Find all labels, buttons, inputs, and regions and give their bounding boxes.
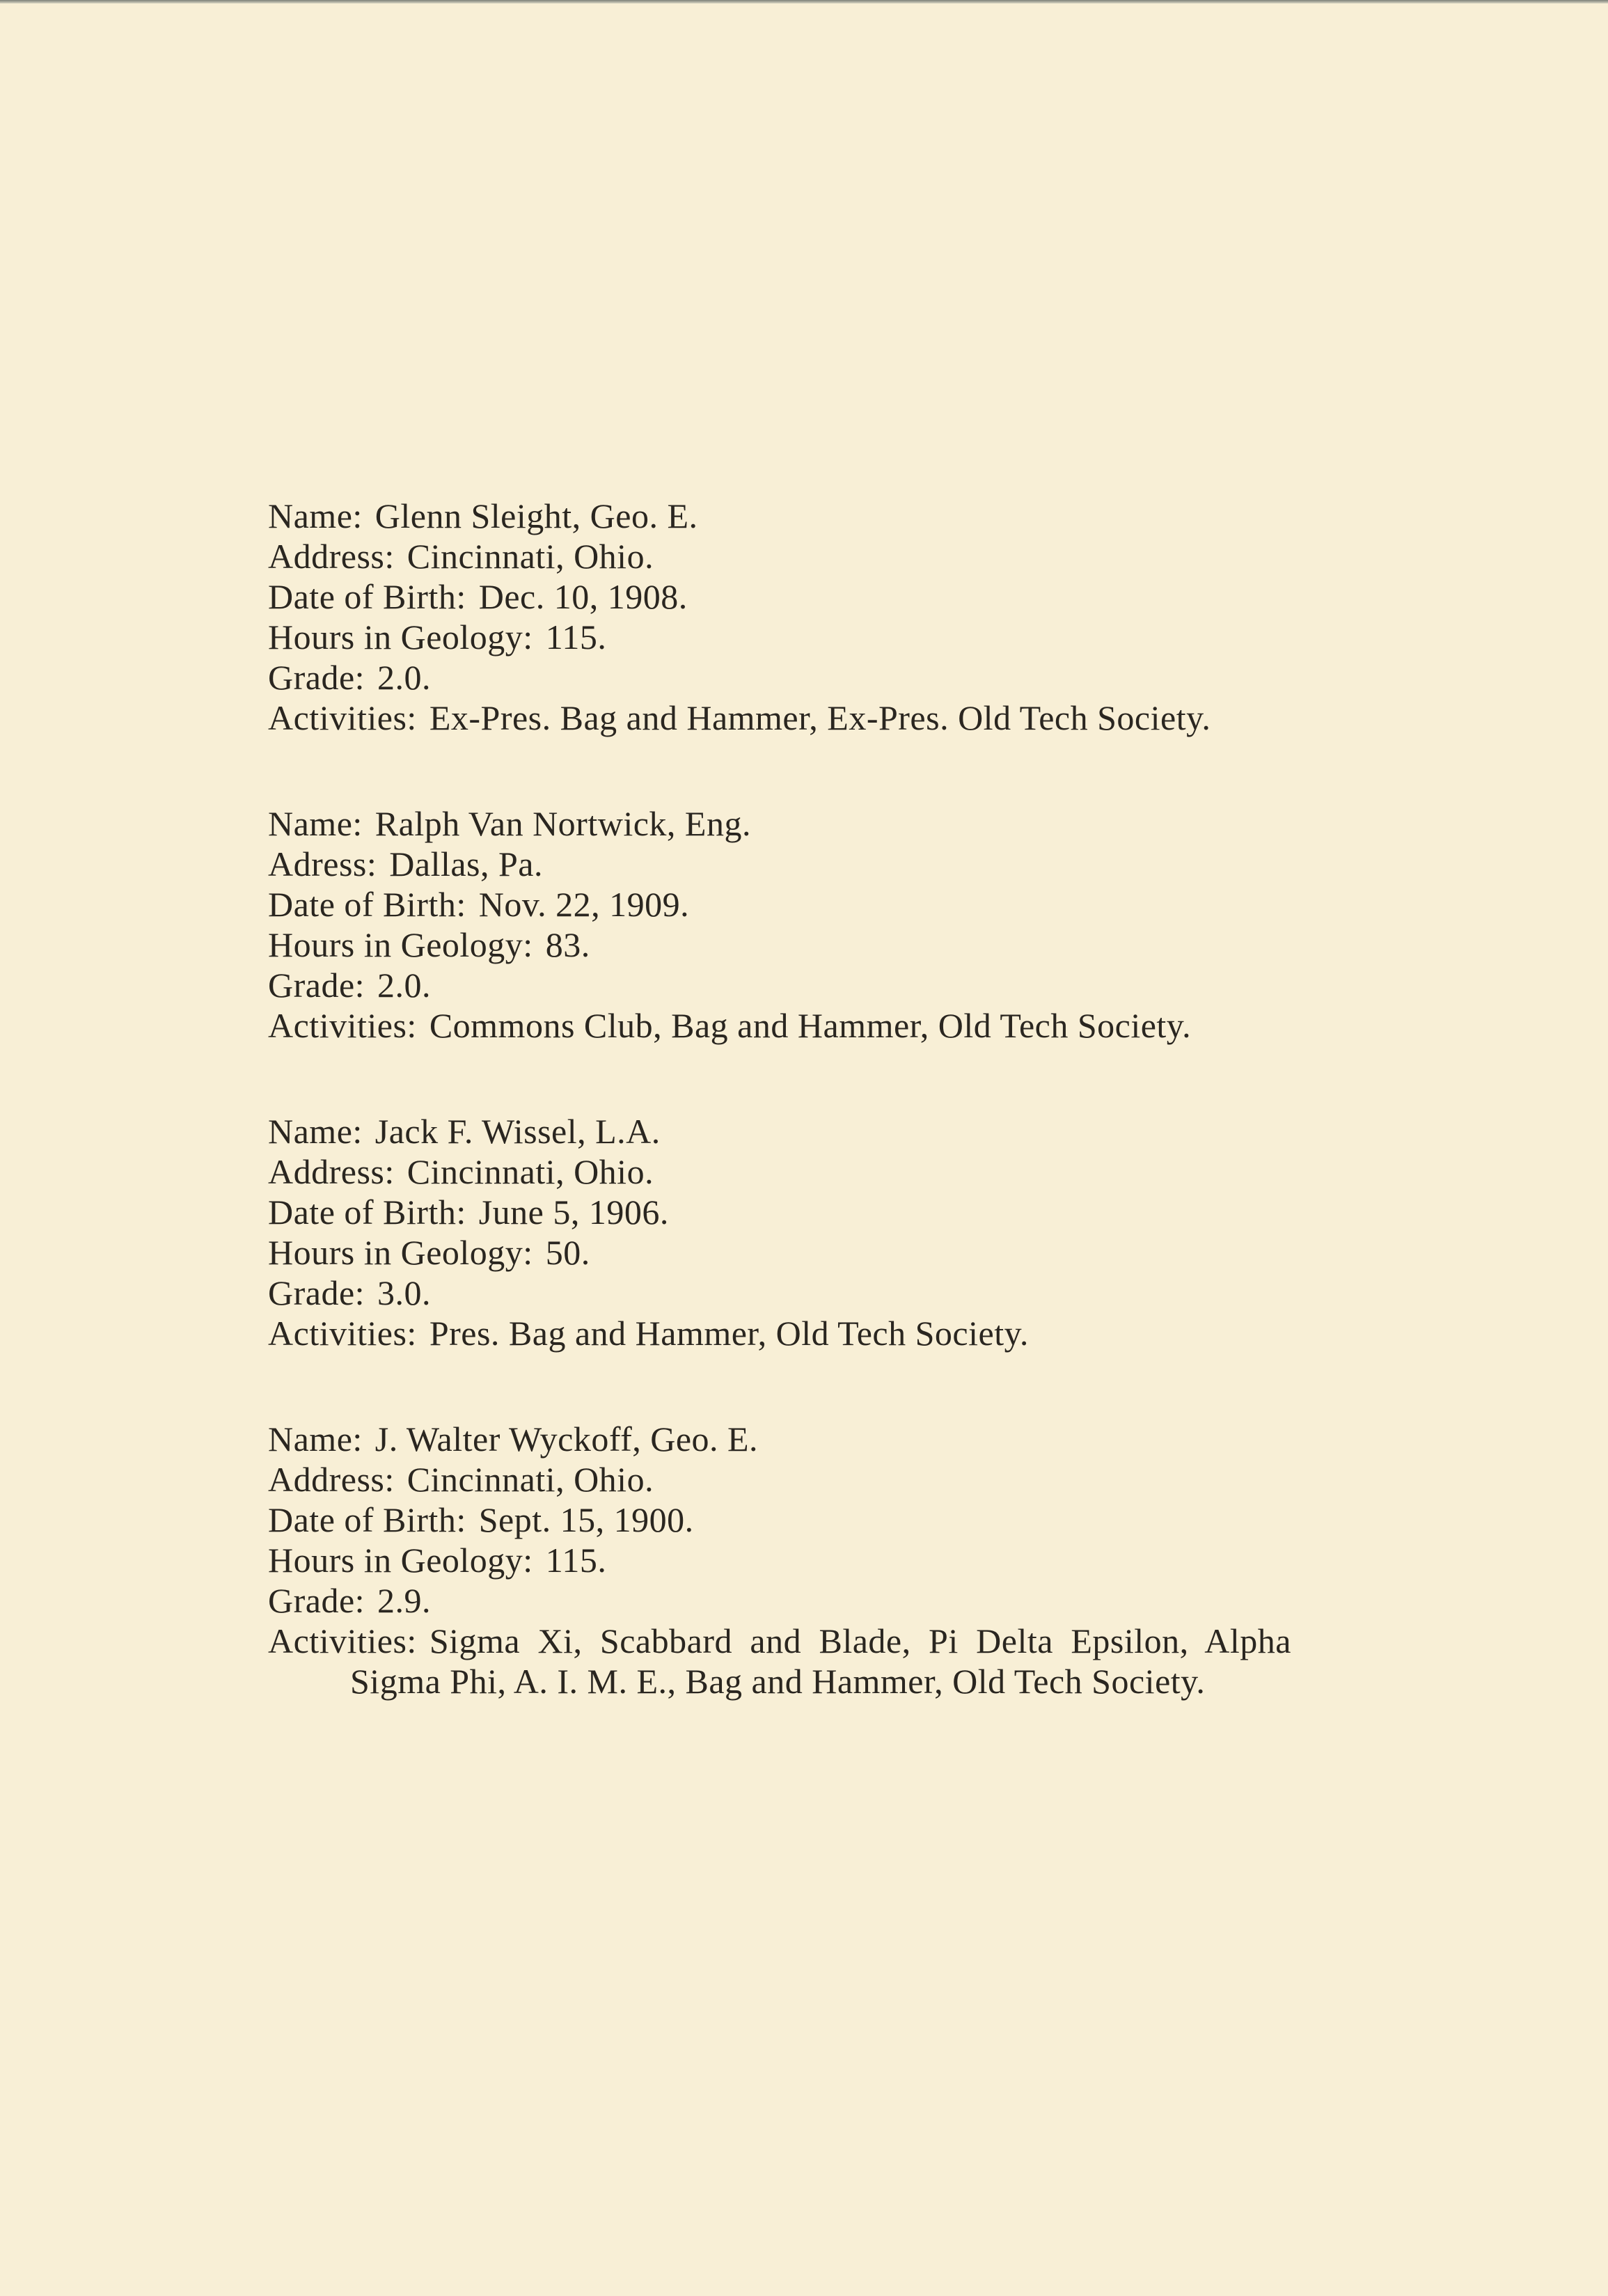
- hours-line: Hours in Geology:83.: [268, 925, 1291, 965]
- hours-label: Hours in Geology:: [268, 1541, 533, 1580]
- hours-line: Hours in Geology:115.: [268, 617, 1291, 657]
- name-value: Jack F. Wissel, L.A.: [375, 1112, 661, 1151]
- name-label: Name:: [268, 804, 363, 843]
- name-value: Ralph Van Nortwick, Eng.: [375, 804, 751, 843]
- grade-value: 2.9.: [377, 1581, 431, 1620]
- hours-value: 50.: [546, 1233, 590, 1272]
- grade-label: Grade:: [268, 658, 365, 697]
- dob-value: June 5, 1906.: [479, 1193, 669, 1232]
- address-value: Dallas, Pa.: [389, 844, 543, 883]
- address-line: Address:Cincinnati, Ohio.: [268, 1151, 1291, 1192]
- dob-line: Date of Birth:Sept. 15, 1900.: [268, 1500, 1291, 1540]
- activities-label: Activities:: [268, 698, 417, 737]
- name-line: Name:Glenn Sleight, Geo. E.: [268, 496, 1291, 536]
- activities-value: Ex-Pres. Bag and Hammer, Ex-Pres. Old Te…: [429, 698, 1211, 737]
- grade-line: Grade:2.0.: [268, 657, 1291, 698]
- hours-label: Hours in Geology:: [268, 1233, 533, 1272]
- grade-value: 2.0.: [377, 658, 431, 697]
- name-line: Name:Jack F. Wissel, L.A.: [268, 1111, 1291, 1151]
- address-line: Adress:Dallas, Pa.: [268, 844, 1291, 884]
- address-line: Address:Cincinnati, Ohio.: [268, 536, 1291, 576]
- activities-label: Activities:: [268, 1006, 417, 1045]
- dob-value: Nov. 22, 1909.: [479, 885, 689, 924]
- grade-line: Grade:2.9.: [268, 1580, 1291, 1621]
- grade-label: Grade:: [268, 966, 365, 1005]
- name-value: J. Walter Wyckoff, Geo. E.: [375, 1420, 758, 1458]
- grade-value: 3.0.: [377, 1273, 431, 1312]
- address-value: Cincinnati, Ohio.: [407, 1460, 654, 1499]
- dob-label: Date of Birth:: [268, 1500, 466, 1539]
- address-label: Address:: [268, 1152, 395, 1191]
- hours-label: Hours in Geology:: [268, 618, 533, 656]
- document-page: Name:Glenn Sleight, Geo. E. Address:Cinc…: [0, 0, 1608, 2296]
- hours-value: 115.: [546, 618, 607, 656]
- page-top-edge: [0, 0, 1608, 3]
- dob-label: Date of Birth:: [268, 577, 466, 616]
- dob-value: Dec. 10, 1908.: [479, 577, 688, 616]
- activities-label: Activities:: [268, 1314, 417, 1353]
- student-entry: Name:Jack F. Wissel, L.A. Address:Cincin…: [268, 1111, 1291, 1353]
- address-label: Address:: [268, 1460, 395, 1499]
- hours-value: 115.: [546, 1541, 607, 1580]
- name-label: Name:: [268, 1112, 363, 1151]
- activities-value: Pres. Bag and Hammer, Old Tech Society.: [429, 1314, 1029, 1353]
- dob-label: Date of Birth:: [268, 1193, 466, 1232]
- name-line: Name:J. Walter Wyckoff, Geo. E.: [268, 1419, 1291, 1459]
- grade-line: Grade:2.0.: [268, 965, 1291, 1005]
- activities-line: Activities:Ex-Pres. Bag and Hammer, Ex-P…: [268, 698, 1291, 738]
- dob-label: Date of Birth:: [268, 885, 466, 924]
- name-line: Name:Ralph Van Nortwick, Eng.: [268, 803, 1291, 844]
- grade-line: Grade:3.0.: [268, 1273, 1291, 1313]
- dob-line: Date of Birth:Dec. 10, 1908.: [268, 576, 1291, 617]
- student-entry: Name:J. Walter Wyckoff, Geo. E. Address:…: [268, 1419, 1291, 1701]
- name-value: Glenn Sleight, Geo. E.: [375, 496, 698, 535]
- dob-line: Date of Birth:Nov. 22, 1909.: [268, 884, 1291, 925]
- activities-value: Sigma Xi, Scabbard and Blade, Pi Delta E…: [350, 1621, 1291, 1701]
- address-line: Address:Cincinnati, Ohio.: [268, 1459, 1291, 1500]
- hours-value: 83.: [546, 925, 590, 964]
- dob-line: Date of Birth:June 5, 1906.: [268, 1192, 1291, 1232]
- activities-label: Activities:: [268, 1621, 417, 1660]
- name-label: Name:: [268, 1420, 363, 1458]
- student-entries: Name:Glenn Sleight, Geo. E. Address:Cinc…: [268, 496, 1291, 1767]
- address-value: Cincinnati, Ohio.: [407, 1152, 654, 1191]
- address-value: Cincinnati, Ohio.: [407, 537, 654, 576]
- hours-label: Hours in Geology:: [268, 925, 533, 964]
- hours-line: Hours in Geology:115.: [268, 1540, 1291, 1580]
- grade-label: Grade:: [268, 1581, 365, 1620]
- student-entry: Name:Glenn Sleight, Geo. E. Address:Cinc…: [268, 496, 1291, 738]
- dob-value: Sept. 15, 1900.: [479, 1500, 694, 1539]
- activities-value: Commons Club, Bag and Hammer, Old Tech S…: [429, 1006, 1191, 1045]
- address-label: Adress:: [268, 844, 377, 883]
- address-label: Address:: [268, 537, 395, 576]
- activities-line: Activities:Commons Club, Bag and Hammer,…: [268, 1005, 1291, 1046]
- grade-label: Grade:: [268, 1273, 365, 1312]
- hours-line: Hours in Geology:50.: [268, 1232, 1291, 1273]
- student-entry: Name:Ralph Van Nortwick, Eng. Adress:Dal…: [268, 803, 1291, 1046]
- activities-line: Activities:Sigma Xi, Scabbard and Blade,…: [268, 1621, 1291, 1701]
- name-label: Name:: [268, 496, 363, 535]
- grade-value: 2.0.: [377, 966, 431, 1005]
- activities-line: Activities:Pres. Bag and Hammer, Old Tec…: [268, 1313, 1291, 1353]
